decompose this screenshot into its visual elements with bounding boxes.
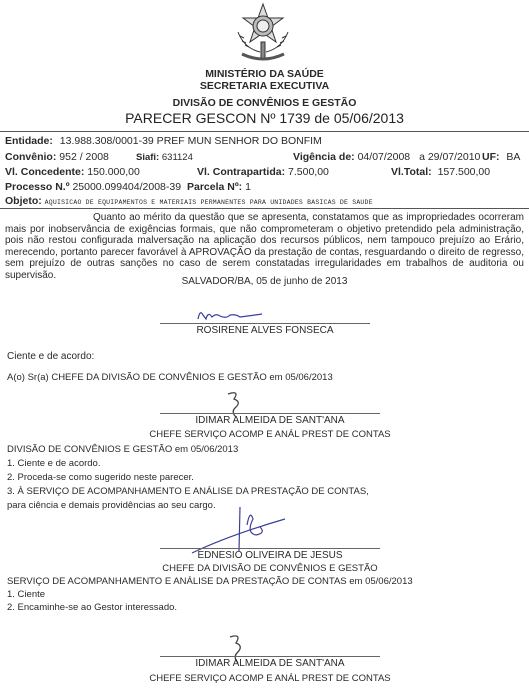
uf-label: UF: [482,151,500,163]
entidade-value: 13.988.308/0001-39 PREF MUN SENHOR DO BO… [60,135,322,147]
vigencia-to-label: a [419,151,425,163]
entidade-label: Entidade: [5,135,53,147]
vigencia-to: 29/07/2010 [428,151,481,163]
signatory-role: CHEFE SERVIÇO ACOMP E ANÁL PREST DE CONT… [140,429,400,440]
ministry-name: MINISTÉRIO DA SAÚDE [0,68,529,80]
division-item: 1. Ciente e de acordo. [7,458,100,469]
signature-line [160,656,380,657]
processo-label: Processo N.º [5,181,70,193]
objeto-label: Objeto: [5,195,42,207]
concedente: Vl. Concedente: 150.000,00 [5,166,140,178]
uf: UF: BA [482,151,520,163]
signatory-name: IDIMAR ALMEIDA DE SANT'ANA [160,658,380,669]
vigencia: Vigência de: 04/07/2008 a 29/07/2010 [293,151,480,163]
siafi-value: 631124 [162,152,193,163]
siafi-label: Siafi: [136,152,159,163]
convenio-row: Convênio: 952 / 2008 [5,151,109,163]
signature-line [160,413,380,414]
objeto-row: Objeto: AQUISICAO DE EQUIPAMENTOS E MATE… [5,195,373,207]
division-item: 2. Proceda-se como sugerido neste parece… [7,472,194,483]
contrapartida-label: Vl. Contrapartida: [197,166,285,178]
ciente-text: Ciente e de acordo: [7,351,94,362]
signatory-name: ROSIRENE ALVES FONSECA [160,325,370,336]
contrapartida-value: 7.500,00 [288,166,329,178]
parcela-value: 1 [245,181,251,193]
total-label: Vl.Total: [391,166,432,178]
processo-row: Processo N.º 25000.099404/2008-39 Parcel… [5,181,251,193]
vigencia-from: 04/07/2008 [358,151,411,163]
brazil-coat-of-arms-icon [230,2,296,66]
opinion-paragraph: Quanto ao mérito da questão que se apres… [5,212,524,282]
uf-value: BA [506,151,520,163]
parecer-title: PARECER GESCON Nº 1739 de 05/06/2013 [0,110,529,126]
processo-value: 25000.099404/2008-39 [72,181,181,193]
division-dispatch-header: DIVISÃO DE CONVÊNIOS E GESTÃO em 05/06/2… [7,444,238,455]
total-value: 157.500,00 [438,166,491,178]
signatory-name: IDIMAR ALMEIDA DE SANT'ANA [160,415,380,426]
divider [0,131,529,132]
total: Vl.Total: 157.500,00 [391,166,490,178]
parcela-label: Parcela Nº: [187,181,242,193]
vigencia-label: Vigência de: [293,151,355,163]
convenio-value: 952 / 2008 [59,151,109,163]
service-item: 2. Encaminhe-se ao Gestor interessado. [7,602,177,613]
service-item: 1. Ciente [7,589,45,600]
ministry-heading: MINISTÉRIO DA SAÚDE SECRETARIA EXECUTIVA [0,68,529,92]
place-date: SALVADOR/BA, 05 de junho de 2013 [0,276,529,287]
signature-rosirene [196,307,266,323]
service-dispatch-header: SERVIÇO DE ACOMPANHAMENTO E ANÁLISE DA P… [7,576,413,587]
signature-line [160,548,380,549]
concedente-value: 150.000,00 [87,166,140,178]
concedente-label: Vl. Concedente: [5,166,84,178]
division-item: 3. À SERVIÇO DE ACOMPANHAMENTO E ANÁLISE… [7,486,369,497]
objeto-value: AQUISICAO DE EQUIPAMENTOS E MATERIAIS PE… [45,199,373,206]
to-chefe-text: A(o) Sr(a) CHEFE DA DIVISÃO DE CONVÊNIOS… [7,372,333,383]
signatory-role: CHEFE DA DIVISÃO DE CONVÊNIOS E GESTÃO [140,563,400,574]
division-item: para ciência e demais providências ao se… [7,500,216,511]
siafi: Siafi: 631124 [136,152,193,163]
signatory-role: CHEFE SERVIÇO ACOMP E ANÁL PREST DE CONT… [140,673,400,684]
signature-line [160,323,370,324]
divider [0,208,529,209]
secretariat-name: SECRETARIA EXECUTIVA [0,80,529,92]
division-heading: DIVISÃO DE CONVÊNIOS E GESTÃO [0,97,529,109]
signatory-name: EDNESIO OLIVEIRA DE JESUS [160,550,380,561]
contrapartida: Vl. Contrapartida: 7.500,00 [197,166,329,178]
entidade-row: Entidade: 13.988.308/0001-39 PREF MUN SE… [5,135,322,147]
convenio-label: Convênio: [5,151,56,163]
